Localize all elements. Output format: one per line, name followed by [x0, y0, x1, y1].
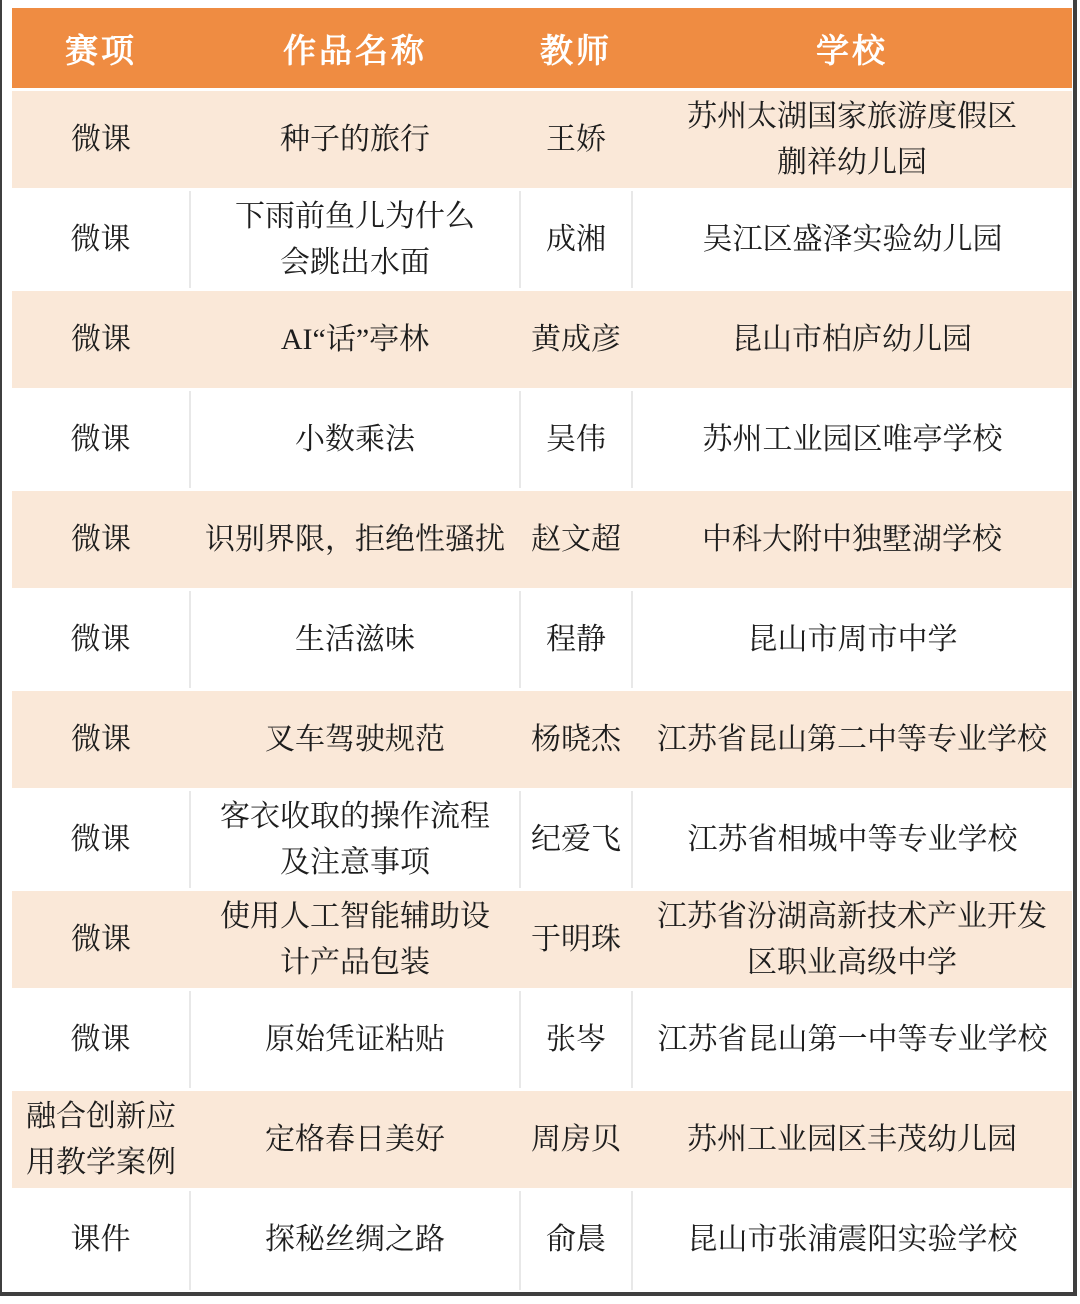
- cell-title: 使用人工智能辅助设 计产品包装: [190, 890, 520, 990]
- cell-school: 吴江区盛泽实验幼儿园: [632, 190, 1072, 290]
- table-row: 微课生活滋味程静昆山市周市中学: [12, 590, 1072, 690]
- cell-school: 苏州工业园区唯亭学校: [632, 390, 1072, 490]
- results-table: 赛项 作品名称 教师 学校 微课种子的旅行王娇苏州太湖国家旅游度假区 蒯祥幼儿园…: [12, 8, 1072, 1290]
- page: 赛项 作品名称 教师 学校 微课种子的旅行王娇苏州太湖国家旅游度假区 蒯祥幼儿园…: [0, 0, 1080, 1304]
- cell-school: 江苏省昆山第一中等专业学校: [632, 990, 1072, 1090]
- column-header-school: 学校: [632, 8, 1072, 90]
- cell-category: 微课: [12, 590, 190, 690]
- cell-category: 微课: [12, 990, 190, 1090]
- cell-school: 江苏省相城中等专业学校: [632, 790, 1072, 890]
- cell-title: AI“话”亭林: [190, 290, 520, 390]
- cell-title: 定格春日美好: [190, 1090, 520, 1190]
- table-row: 微课原始凭证粘贴张岑江苏省昆山第一中等专业学校: [12, 990, 1072, 1090]
- cell-title: 探秘丝绸之路: [190, 1190, 520, 1290]
- cell-teacher: 赵文超: [520, 490, 632, 590]
- cell-teacher: 张岑: [520, 990, 632, 1090]
- table-row: 微课客衣收取的操作流程 及注意事项纪爱飞江苏省相城中等专业学校: [12, 790, 1072, 890]
- cell-school: 江苏省昆山第二中等专业学校: [632, 690, 1072, 790]
- table-row: 微课叉车驾驶规范杨晓杰江苏省昆山第二中等专业学校: [12, 690, 1072, 790]
- table-row: 融合创新应 用教学案例定格春日美好周房贝苏州工业园区丰茂幼儿园: [12, 1090, 1072, 1190]
- cell-title: 识别界限，拒绝性骚扰: [190, 490, 520, 590]
- cell-title: 下雨前鱼儿为什么 会跳出水面: [190, 190, 520, 290]
- cell-school: 昆山市柏庐幼儿园: [632, 290, 1072, 390]
- cell-teacher: 王娇: [520, 90, 632, 190]
- table-row: 微课下雨前鱼儿为什么 会跳出水面成湘吴江区盛泽实验幼儿园: [12, 190, 1072, 290]
- cell-school: 中科大附中独墅湖学校: [632, 490, 1072, 590]
- cell-school: 苏州太湖国家旅游度假区 蒯祥幼儿园: [632, 90, 1072, 190]
- cell-category: 微课: [12, 90, 190, 190]
- frame-right-border: [1073, 0, 1077, 1296]
- cell-school: 苏州工业园区丰茂幼儿园: [632, 1090, 1072, 1190]
- cell-category: 课件: [12, 1190, 190, 1290]
- cell-category: 微课: [12, 390, 190, 490]
- cell-title: 小数乘法: [190, 390, 520, 490]
- cell-teacher: 吴伟: [520, 390, 632, 490]
- cell-title: 种子的旅行: [190, 90, 520, 190]
- frame-left-border: [0, 0, 2, 1296]
- cell-teacher: 纪爱飞: [520, 790, 632, 890]
- cell-teacher: 俞晨: [520, 1190, 632, 1290]
- table-row: 微课种子的旅行王娇苏州太湖国家旅游度假区 蒯祥幼儿园: [12, 90, 1072, 190]
- table-row: 微课小数乘法吴伟苏州工业园区唯亭学校: [12, 390, 1072, 490]
- cell-teacher: 于明珠: [520, 890, 632, 990]
- cell-title: 客衣收取的操作流程 及注意事项: [190, 790, 520, 890]
- table-header: 赛项 作品名称 教师 学校: [12, 8, 1072, 90]
- header-row: 赛项 作品名称 教师 学校: [12, 8, 1072, 90]
- column-header-teacher: 教师: [520, 8, 632, 90]
- cell-category: 微课: [12, 690, 190, 790]
- cell-category: 微课: [12, 190, 190, 290]
- cell-teacher: 杨晓杰: [520, 690, 632, 790]
- cell-teacher: 程静: [520, 590, 632, 690]
- column-header-title: 作品名称: [190, 8, 520, 90]
- cell-school: 江苏省汾湖高新技术产业开发 区职业高级中学: [632, 890, 1072, 990]
- cell-teacher: 成湘: [520, 190, 632, 290]
- cell-school: 昆山市张浦震阳实验学校: [632, 1190, 1072, 1290]
- table-row: 微课使用人工智能辅助设 计产品包装于明珠江苏省汾湖高新技术产业开发 区职业高级中…: [12, 890, 1072, 990]
- table-row: 微课识别界限，拒绝性骚扰赵文超中科大附中独墅湖学校: [12, 490, 1072, 590]
- cell-category: 微课: [12, 890, 190, 990]
- cell-category: 微课: [12, 290, 190, 390]
- frame-bottom-border: [0, 1292, 1077, 1296]
- cell-category: 融合创新应 用教学案例: [12, 1090, 190, 1190]
- column-header-category: 赛项: [12, 8, 190, 90]
- cell-teacher: 黄成彦: [520, 290, 632, 390]
- table-row: 微课AI“话”亭林黄成彦昆山市柏庐幼儿园: [12, 290, 1072, 390]
- cell-teacher: 周房贝: [520, 1090, 632, 1190]
- cell-title: 生活滋味: [190, 590, 520, 690]
- cell-category: 微课: [12, 490, 190, 590]
- table-row: 课件探秘丝绸之路俞晨昆山市张浦震阳实验学校: [12, 1190, 1072, 1290]
- cell-school: 昆山市周市中学: [632, 590, 1072, 690]
- results-table-body: 微课种子的旅行王娇苏州太湖国家旅游度假区 蒯祥幼儿园微课下雨前鱼儿为什么 会跳出…: [12, 90, 1072, 1290]
- cell-title: 原始凭证粘贴: [190, 990, 520, 1090]
- cell-title: 叉车驾驶规范: [190, 690, 520, 790]
- cell-category: 微课: [12, 790, 190, 890]
